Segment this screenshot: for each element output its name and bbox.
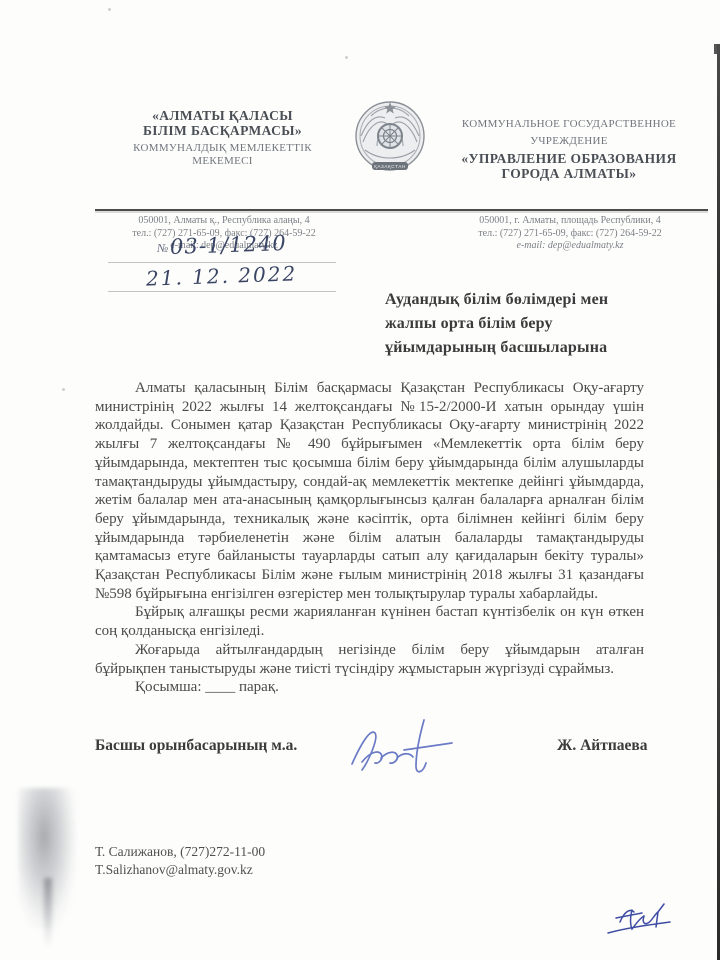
scan-speck (345, 56, 348, 59)
signer-name: Ж. Айтпаева (557, 737, 648, 755)
letter-body: Алматы қаласының Білім басқармасы Қазақс… (95, 379, 644, 697)
executor-email: T.Salizhanov@almaty.gov.kz (95, 861, 265, 879)
recipient-line: ұйымдарының басшыларына (385, 336, 690, 360)
org-subtitle-kk-line1: КОММУНАЛДЫҚ МЕМЛЕКЕТТІК (100, 142, 345, 155)
emblem-caption: ҚАЗАҚСТАН (374, 164, 406, 169)
recipient-line: Аудандық білім бөлімдері мен (385, 288, 690, 312)
phone-fax-ru: тел.: (727) 271-65-09, факс: (727) 264-5… (438, 228, 702, 241)
org-title-kk-line1: «АЛМАТЫ ҚАЛАСЫ (100, 108, 345, 123)
org-subtitle-kk-line2: МЕКЕМЕСІ (100, 155, 345, 168)
registration-block: №03-1/1240 21. 12. 2022 (108, 230, 336, 292)
address-ru: 050001, г. Алматы, площадь Республики, 4 (438, 215, 702, 228)
signature-icon (340, 712, 480, 782)
registration-date-handwritten: 21. 12. 2022 (146, 260, 298, 291)
org-title-kk-line2: БІЛІМ БАСҚАРМАСЫ» (100, 123, 345, 138)
body-paragraph: Жоғарыда айтылғандардың негізінде білім … (95, 641, 644, 678)
registration-date-line: 21. 12. 2022 (108, 263, 336, 292)
scan-speck (108, 8, 111, 11)
executor-name-phone: Т. Салижанов, (727)272-11-00 (95, 843, 265, 861)
executor-block: Т. Салижанов, (727)272-11-00 T.Salizhano… (95, 843, 265, 879)
kazakhstan-emblem-icon: ҚАЗАҚСТАН (351, 96, 429, 180)
letterhead-left-org: «АЛМАТЫ ҚАЛАСЫ БІЛІМ БАСҚАРМАСЫ» КОММУНА… (100, 108, 345, 167)
handwritten-initials-icon (586, 900, 690, 948)
org-title-ru-line2: ГОРОДА АЛМАТЫ» (433, 166, 705, 181)
number-sign: № (157, 241, 168, 255)
scan-smudge-artifact (18, 788, 76, 928)
signer-position: Басшы орынбасарының м.а. (95, 737, 297, 755)
scan-speck (62, 388, 65, 391)
contact-block-ru: 050001, г. Алматы, площадь Республики, 4… (438, 215, 702, 253)
registration-number-line: №03-1/1240 (108, 230, 336, 263)
recipient-line: жалпы орта білім беру (385, 312, 690, 336)
body-paragraph: Алматы қаласының Білім басқармасы Қазақс… (95, 379, 644, 603)
letterhead-right-org: КОММУНАЛЬНОЕ ГОСУДАРСТВЕННОЕ УЧРЕЖДЕНИЕ … (433, 118, 705, 181)
address-kk: 050001, Алматы қ., Республика алаңы, 4 (98, 215, 350, 228)
letterhead-divider (95, 209, 708, 211)
registration-number-handwritten: 03-1/1240 (170, 228, 288, 262)
attachment-line: Қосымша: ____ парақ. (95, 678, 644, 697)
org-subtitle-ru-line1: КОММУНАЛЬНОЕ ГОСУДАРСТВЕННОЕ (433, 118, 705, 131)
org-title-ru-line1: «УПРАВЛЕНИЕ ОБРАЗОВАНИЯ (433, 151, 705, 166)
scanned-letter-page: «АЛМАТЫ ҚАЛАСЫ БІЛІМ БАСҚАРМАСЫ» КОММУНА… (0, 0, 720, 960)
recipient-block: Аудандық білім бөлімдері мен жалпы орта … (385, 288, 690, 360)
body-paragraph: Бұйрық алғашқы ресми жарияланған күнінен… (95, 603, 644, 640)
email-ru: e-mail: dep@edualmaty.kz (438, 240, 702, 253)
org-subtitle-ru-line2: УЧРЕЖДЕНИЕ (433, 135, 705, 148)
